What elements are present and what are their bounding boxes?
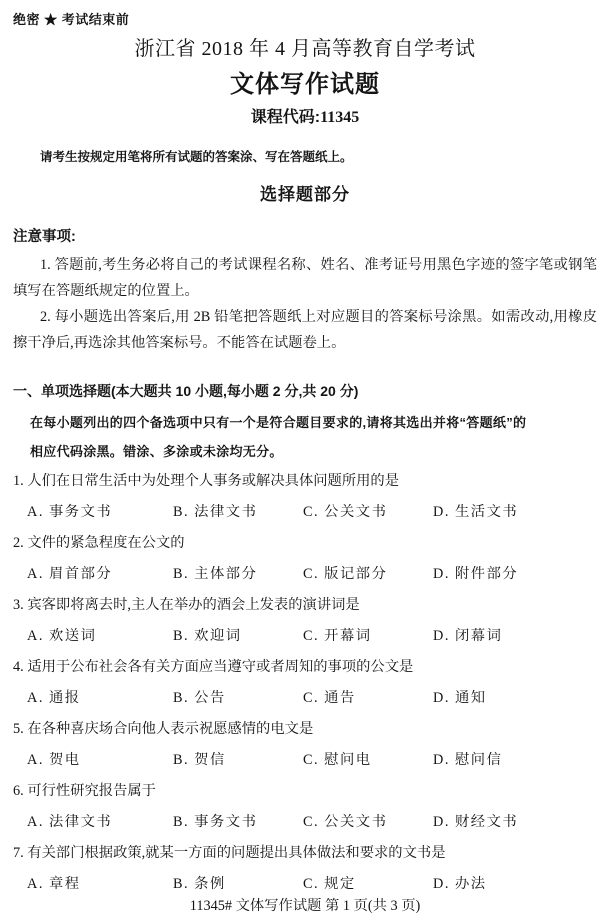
option: B. 欢迎词 — [173, 621, 303, 652]
exam-title: 浙江省 2018 年 4 月高等教育自学考试 — [13, 36, 597, 62]
question-options: A. 贺电B. 贺信C. 慰问电D. 慰问信 — [13, 745, 597, 776]
question-stem: 人们在日常生活中为处理个人事务或解决具体问题所用的是 — [27, 473, 399, 489]
question-stem-line: 7. 有关部门根据政策,就某一方面的问题提出具体做法和要求的文书是 — [13, 838, 597, 869]
option: A. 法律文书 — [27, 807, 173, 838]
question-block: 2. 文件的紧急程度在公文的 A. 眉首部分B. 主体部分C. 版记部分D. 附… — [13, 528, 597, 590]
option: C. 通告 — [303, 683, 433, 714]
question-number: 2. — [13, 535, 24, 551]
question-block: 7. 有关部门根据政策,就某一方面的问题提出具体做法和要求的文书是 A. 章程B… — [13, 838, 597, 900]
option: A. 眉首部分 — [27, 559, 173, 590]
question-stem: 有关部门根据政策,就某一方面的问题提出具体做法和要求的文书是 — [27, 845, 445, 861]
option: C. 慰问电 — [303, 745, 433, 776]
option: B. 贺信 — [173, 745, 303, 776]
option: D. 闭幕词 — [433, 621, 597, 652]
notice-header: 注意事项: — [13, 226, 597, 248]
question-stem-line: 2. 文件的紧急程度在公文的 — [13, 528, 597, 559]
option: A. 欢送词 — [27, 621, 173, 652]
question-block: 6. 可行性研究报告属于 A. 法律文书B. 事务文书C. 公关文书D. 财经文… — [13, 776, 597, 838]
answer-sheet-instruction: 请考生按规定用笔将所有试题的答案涂、写在答题纸上。 — [13, 147, 597, 167]
question-stem: 在各种喜庆场合向他人表示祝愿感情的电文是 — [27, 721, 313, 737]
course-code-line: 课程代码:11345 — [13, 106, 597, 130]
question-options: A. 眉首部分B. 主体部分C. 版记部分D. 附件部分 — [13, 559, 597, 590]
question-block: 1. 人们在日常生活中为处理个人事务或解决具体问题所用的是 A. 事务文书B. … — [13, 466, 597, 528]
option: A. 事务文书 — [27, 497, 173, 528]
classification-banner: 绝密 ★ 考试结束前 — [13, 11, 597, 29]
notice-item-1: 1. 答题前,考生务必将自己的考试课程名称、姓名、准考证号用黑色字迹的签字笔或钢… — [13, 252, 597, 304]
question-options: A. 法律文书B. 事务文书C. 公关文书D. 财经文书 — [13, 807, 597, 838]
question-stem-line: 4. 适用于公布社会各有关方面应当遵守或者周知的事项的公文是 — [13, 652, 597, 683]
question-block: 5. 在各种喜庆场合向他人表示祝愿感情的电文是 A. 贺电B. 贺信C. 慰问电… — [13, 714, 597, 776]
question-number: 6. — [13, 783, 24, 799]
option: D. 生活文书 — [433, 497, 597, 528]
notice-item-2: 2. 每小题选出答案后,用 2B 铅笔把答题纸上对应题目的答案标号涂黑。如需改动… — [13, 304, 597, 356]
question-number: 5. — [13, 721, 24, 737]
course-code-label: 课程代码: — [251, 109, 320, 126]
question-stem-line: 5. 在各种喜庆场合向他人表示祝愿感情的电文是 — [13, 714, 597, 745]
question-stem: 可行性研究报告属于 — [27, 783, 156, 799]
option: D. 办法 — [433, 869, 597, 900]
option: B. 主体部分 — [173, 559, 303, 590]
question-stem: 适用于公布社会各有关方面应当遵守或者周知的事项的公文是 — [27, 659, 413, 675]
option: C. 开幕词 — [303, 621, 433, 652]
question-number: 7. — [13, 845, 24, 861]
option: D. 慰问信 — [433, 745, 597, 776]
question-block: 4. 适用于公布社会各有关方面应当遵守或者周知的事项的公文是 A. 通报B. 公… — [13, 652, 597, 714]
option: A. 贺电 — [27, 745, 173, 776]
section-title-choice-part: 选择题部分 — [13, 182, 597, 208]
question-options: A. 事务文书B. 法律文书C. 公关文书D. 生活文书 — [13, 497, 597, 528]
option: A. 通报 — [27, 683, 173, 714]
question-block: 3. 宾客即将离去时,主人在举办的酒会上发表的演讲词是 A. 欢送词B. 欢迎词… — [13, 590, 597, 652]
section-one-heading: 一、单项选择题(本大题共 10 小题,每小题 2 分,共 20 分) — [13, 380, 597, 402]
option: B. 法律文书 — [173, 497, 303, 528]
question-number: 1. — [13, 473, 24, 489]
question-stem: 宾客即将离去时,主人在举办的酒会上发表的演讲词是 — [27, 597, 359, 613]
course-code-value: 11345 — [320, 109, 359, 126]
question-stem: 文件的紧急程度在公文的 — [27, 535, 184, 551]
exam-paper-page: 绝密 ★ 考试结束前 浙江省 2018 年 4 月高等教育自学考试 文体写作试题… — [0, 0, 610, 922]
questions: 1. 人们在日常生活中为处理个人事务或解决具体问题所用的是 A. 事务文书B. … — [13, 466, 597, 900]
paper-title: 文体写作试题 — [13, 68, 597, 102]
question-options: A. 通报B. 公告C. 通告D. 通知 — [13, 683, 597, 714]
option: D. 通知 — [433, 683, 597, 714]
question-number: 4. — [13, 659, 24, 675]
option: A. 章程 — [27, 869, 173, 900]
option: D. 财经文书 — [433, 807, 597, 838]
question-stem-line: 1. 人们在日常生活中为处理个人事务或解决具体问题所用的是 — [13, 466, 597, 497]
option: C. 版记部分 — [303, 559, 433, 590]
question-stem-line: 6. 可行性研究报告属于 — [13, 776, 597, 807]
option: B. 公告 — [173, 683, 303, 714]
option: B. 事务文书 — [173, 807, 303, 838]
option: C. 公关文书 — [303, 807, 433, 838]
option: D. 附件部分 — [433, 559, 597, 590]
question-number: 3. — [13, 597, 24, 613]
option: C. 公关文书 — [303, 497, 433, 528]
question-stem-line: 3. 宾客即将离去时,主人在举办的酒会上发表的演讲词是 — [13, 590, 597, 621]
question-options: A. 欢送词B. 欢迎词C. 开幕词D. 闭幕词 — [13, 621, 597, 652]
section-one-instruction: 在每小题列出的四个备选项中只有一个是符合题目要求的,请将其选出并将“答题纸”的相… — [13, 408, 538, 466]
